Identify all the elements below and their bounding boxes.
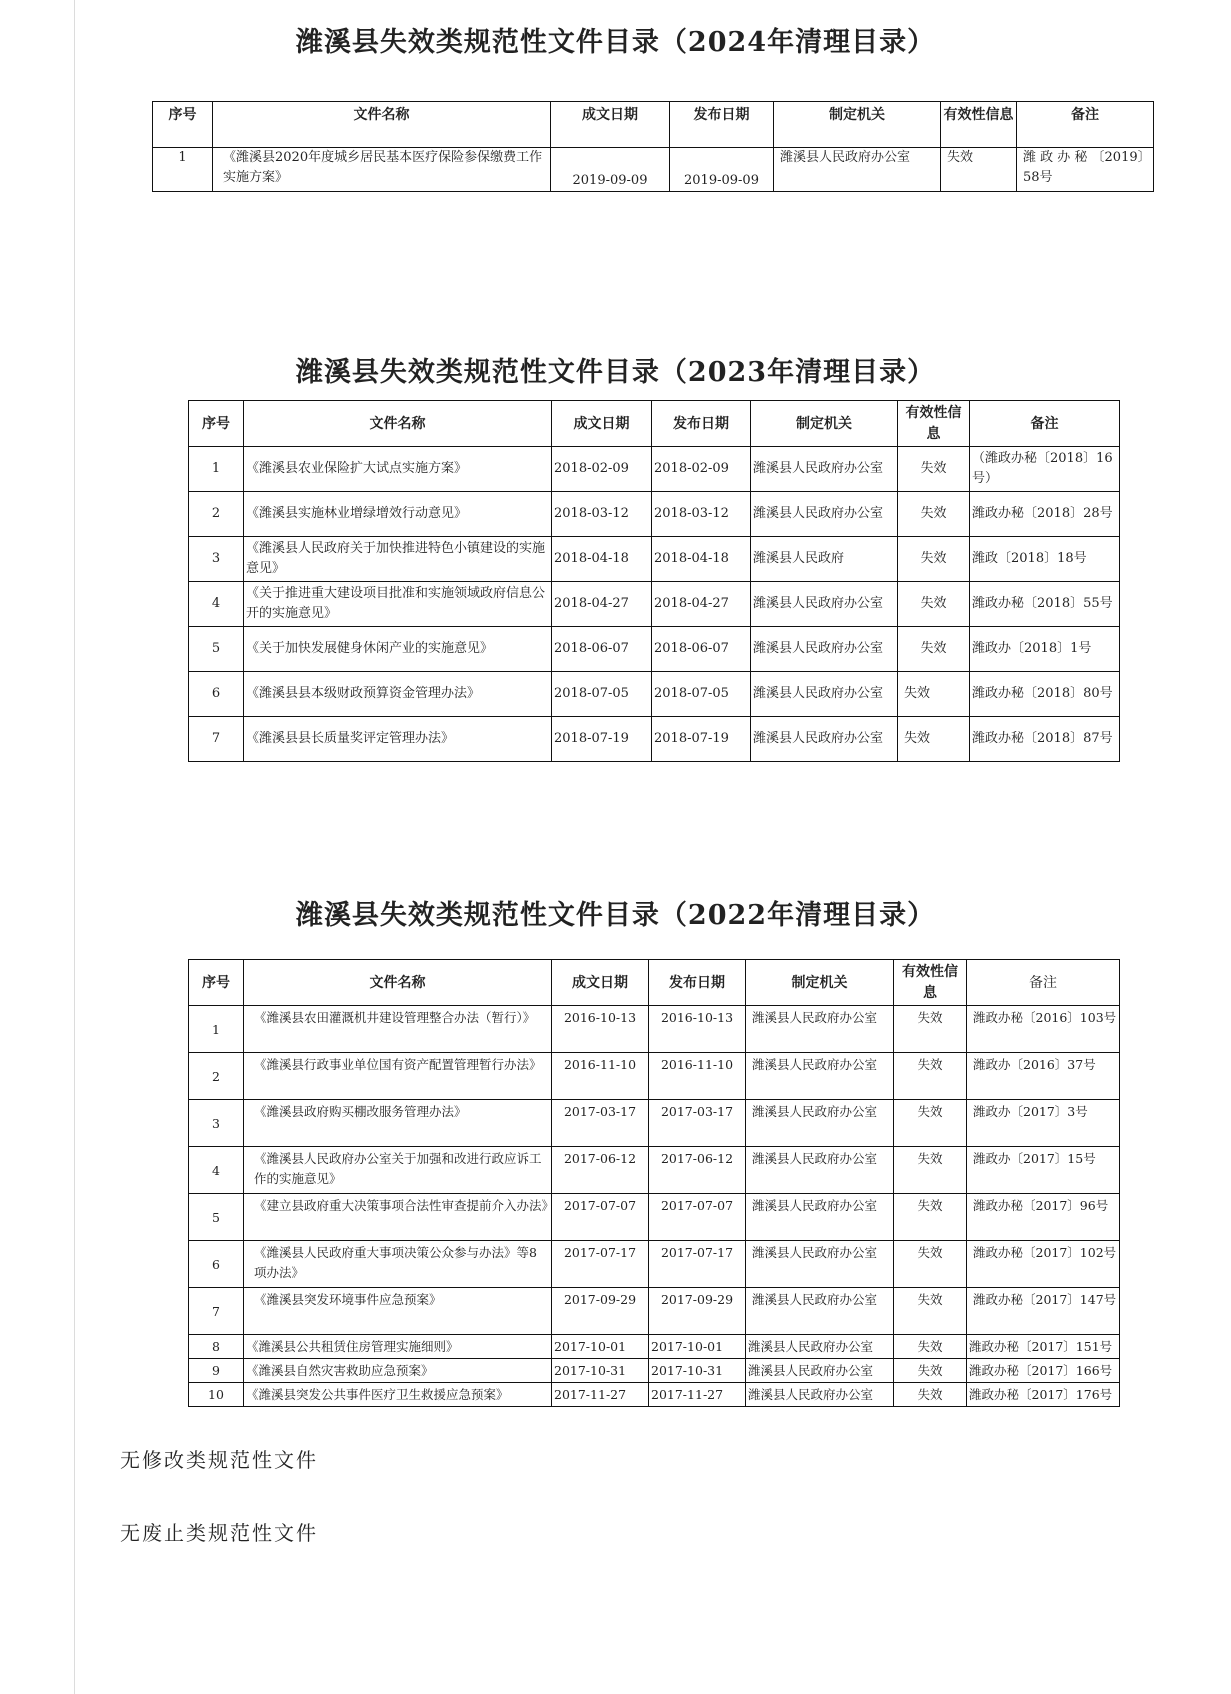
cell-no: 4: [189, 582, 244, 627]
table-row: 9 《潍溪县自然灾害救助应急预案》 2017-10-31 2017-10-31 …: [189, 1359, 1120, 1383]
cell-validity: 失效: [898, 627, 970, 672]
cell-published: 2017-11-27: [649, 1383, 746, 1407]
cell-published: 2017-07-17: [649, 1241, 746, 1288]
cell-drafted: 2018-02-09: [552, 447, 652, 492]
table-row: 5 《建立县政府重大决策事项合法性审查提前介入办法》 2017-07-07 20…: [189, 1194, 1120, 1241]
table-row: 4 《关于推进重大建设项目批准和实施领域政府信息公开的实施意见》 2018-04…: [189, 582, 1120, 627]
cell-no: 6: [189, 672, 244, 717]
col-header-no: 序号: [153, 102, 213, 148]
cell-drafted: 2018-04-27: [552, 582, 652, 627]
cell-no: 2: [189, 492, 244, 537]
cell-remark: 潍政办秘〔2017〕102号: [967, 1241, 1120, 1288]
cell-no: 7: [189, 717, 244, 762]
table-row: 2 《潍溪县实施林业增绿增效行动意见》 2018-03-12 2018-03-1…: [189, 492, 1120, 537]
cell-published: 2018-07-05: [652, 672, 751, 717]
table-row: 4 《潍溪县人民政府办公室关于加强和改进行政应诉工作的实施意见》 2017-06…: [189, 1147, 1120, 1194]
cell-validity: 失效: [941, 148, 1017, 192]
cell-authority: 潍溪县人民政府办公室: [751, 447, 898, 492]
cell-drafted: 2017-11-27: [552, 1383, 649, 1407]
col-header-name: 文件名称: [213, 102, 551, 148]
cell-no: 2: [189, 1053, 244, 1100]
col-header-name: 文件名称: [244, 401, 552, 447]
cell-published: 2018-07-19: [652, 717, 751, 762]
note-no-repealed-documents: 无废止类规范性文件: [120, 1517, 318, 1546]
table-2024: 序号 文件名称 成文日期 发布日期 制定机关 有效性信息 备注 1 《潍溪县20…: [152, 101, 1154, 192]
table-row: 1 《潍溪县农田灌溉机井建设管理整合办法（暂行）》 2016-10-13 201…: [189, 1006, 1120, 1053]
cell-remark: 潍政办秘〔2017〕166号: [967, 1359, 1120, 1383]
col-header-published: 发布日期: [649, 960, 746, 1006]
table-row: 3 《潍溪县政府购买棚改服务管理办法》 2017-03-17 2017-03-1…: [189, 1100, 1120, 1147]
cell-no: 7: [189, 1288, 244, 1335]
cell-validity: 失效: [898, 492, 970, 537]
table-2023: 序号 文件名称 成文日期 发布日期 制定机关 有效性信息 备注 1 《潍溪县农业…: [188, 400, 1120, 762]
cell-drafted: 2018-06-07: [552, 627, 652, 672]
cell-name: 《建立县政府重大决策事项合法性审查提前介入办法》: [244, 1194, 552, 1241]
cell-no: 1: [153, 148, 213, 192]
table-header-row: 序号 文件名称 成文日期 发布日期 制定机关 有效性信息 备注: [189, 960, 1120, 1006]
cell-name: 《潍溪县农业保险扩大试点实施方案》: [244, 447, 552, 492]
cell-drafted: 2018-03-12: [552, 492, 652, 537]
table-row: 1 《潍溪县农业保险扩大试点实施方案》 2018-02-09 2018-02-0…: [189, 447, 1120, 492]
cell-authority: 潍溪县人民政府办公室: [746, 1359, 894, 1383]
cell-validity: 失效: [894, 1194, 967, 1241]
cell-validity: 失效: [898, 582, 970, 627]
col-header-remark: 备注: [967, 960, 1120, 1006]
cell-no: 1: [189, 447, 244, 492]
cell-published: 2018-02-09: [652, 447, 751, 492]
cell-remark: 潍政办秘〔2017〕96号: [967, 1194, 1120, 1241]
cell-name: 《潍溪县县长质量奖评定管理办法》: [244, 717, 552, 762]
cell-published: 2017-10-31: [649, 1359, 746, 1383]
table-row: 7 《潍溪县县长质量奖评定管理办法》 2018-07-19 2018-07-19…: [189, 717, 1120, 762]
cell-published: 2019-09-09: [670, 148, 774, 192]
cell-name: 《潍溪县突发环境事件应急预案》: [244, 1288, 552, 1335]
cell-remark: 潍政办秘〔2017〕176号: [967, 1383, 1120, 1407]
cell-validity: 失效: [894, 1241, 967, 1288]
col-header-published: 发布日期: [670, 102, 774, 148]
cell-validity: 失效: [894, 1006, 967, 1053]
cell-drafted: 2017-03-17: [552, 1100, 649, 1147]
cell-name: 《潍溪县农田灌溉机井建设管理整合办法（暂行）》: [244, 1006, 552, 1053]
cell-authority: 潍溪县人民政府办公室: [751, 717, 898, 762]
cell-published: 2018-06-07: [652, 627, 751, 672]
cell-remark: 潍政办〔2016〕37号: [967, 1053, 1120, 1100]
cell-name: 《潍溪县行政事业单位国有资产配置管理暂行办法》: [244, 1053, 552, 1100]
cell-authority: 潍溪县人民政府办公室: [751, 492, 898, 537]
table-header-row: 序号 文件名称 成文日期 发布日期 制定机关 有效性信息 备注: [189, 401, 1120, 447]
cell-authority: 潍溪县人民政府: [751, 537, 898, 582]
cell-name: 《潍溪县公共租赁住房管理实施细则》: [244, 1335, 552, 1359]
cell-validity: 失效: [894, 1147, 967, 1194]
cell-drafted: 2017-10-31: [552, 1359, 649, 1383]
cell-validity: 失效: [894, 1288, 967, 1335]
cell-no: 5: [189, 627, 244, 672]
cell-validity: 失效: [894, 1359, 967, 1383]
cell-published: 2016-10-13: [649, 1006, 746, 1053]
table-row: 5 《关于加快发展健身休闲产业的实施意见》 2018-06-07 2018-06…: [189, 627, 1120, 672]
col-header-authority: 制定机关: [751, 401, 898, 447]
cell-remark: （潍政办秘〔2018〕16号）: [970, 447, 1120, 492]
cell-name: 《潍溪县实施林业增绿增效行动意见》: [244, 492, 552, 537]
cell-validity: 失效: [898, 447, 970, 492]
cell-published: 2017-06-12: [649, 1147, 746, 1194]
cell-remark: 潍政办秘〔2018〕55号: [970, 582, 1120, 627]
cell-drafted: 2017-07-07: [552, 1194, 649, 1241]
cell-drafted: 2016-11-10: [552, 1053, 649, 1100]
table-row: 3 《潍溪县人民政府关于加快推进特色小镇建设的实施意见》 2018-04-18 …: [189, 537, 1120, 582]
cell-no: 8: [189, 1335, 244, 1359]
table-header-row: 序号 文件名称 成文日期 发布日期 制定机关 有效性信息 备注: [153, 102, 1154, 148]
cell-authority: 潍溪县人民政府办公室: [746, 1241, 894, 1288]
col-header-no: 序号: [189, 401, 244, 447]
cell-name: 《潍溪县2020年度城乡居民基本医疗保险参保缴费工作实施方案》: [213, 148, 551, 192]
cell-drafted: 2018-07-05: [552, 672, 652, 717]
cell-name: 《潍溪县自然灾害救助应急预案》: [244, 1359, 552, 1383]
col-header-name: 文件名称: [244, 960, 552, 1006]
cell-authority: 潍溪县人民政府办公室: [746, 1335, 894, 1359]
page-margin-line: [74, 0, 75, 1694]
cell-drafted: 2017-07-17: [552, 1241, 649, 1288]
cell-drafted: 2016-10-13: [552, 1006, 649, 1053]
cell-no: 4: [189, 1147, 244, 1194]
cell-remark: 潍政办秘〔2018〕80号: [970, 672, 1120, 717]
cell-authority: 潍溪县人民政府办公室: [746, 1288, 894, 1335]
cell-remark: 潍政办〔2018〕1号: [970, 627, 1120, 672]
cell-authority: 潍溪县人民政府办公室: [746, 1383, 894, 1407]
cell-published: 2018-04-27: [652, 582, 751, 627]
col-header-drafted: 成文日期: [551, 102, 670, 148]
note-no-amended-documents: 无修改类规范性文件: [120, 1444, 318, 1473]
cell-authority: 潍溪县人民政府办公室: [746, 1006, 894, 1053]
cell-published: 2017-09-29: [649, 1288, 746, 1335]
col-header-drafted: 成文日期: [552, 401, 652, 447]
cell-validity: 失效: [898, 717, 970, 762]
cell-remark: 潍政办秘〔2017〕147号: [967, 1288, 1120, 1335]
cell-remark: 潍政办秘〔2016〕103号: [967, 1006, 1120, 1053]
cell-name: 《潍溪县政府购买棚改服务管理办法》: [244, 1100, 552, 1147]
cell-name: 《潍溪县人民政府办公室关于加强和改进行政应诉工作的实施意见》: [244, 1147, 552, 1194]
cell-remark: 潍 政 办 秘 〔2019〕58号: [1017, 148, 1154, 192]
cell-authority: 潍溪县人民政府办公室: [746, 1100, 894, 1147]
cell-remark: 潍政办秘〔2017〕151号: [967, 1335, 1120, 1359]
col-header-drafted: 成文日期: [552, 960, 649, 1006]
cell-validity: 失效: [894, 1383, 967, 1407]
cell-authority: 潍溪县人民政府办公室: [751, 582, 898, 627]
col-header-authority: 制定机关: [746, 960, 894, 1006]
cell-authority: 潍溪县人民政府办公室: [746, 1147, 894, 1194]
cell-name: 《潍溪县突发公共事件医疗卫生救援应急预案》: [244, 1383, 552, 1407]
cell-validity: 失效: [894, 1053, 967, 1100]
table-row: 8 《潍溪县公共租赁住房管理实施细则》 2017-10-01 2017-10-0…: [189, 1335, 1120, 1359]
cell-validity: 失效: [894, 1100, 967, 1147]
cell-no: 5: [189, 1194, 244, 1241]
cell-no: 6: [189, 1241, 244, 1288]
cell-drafted: 2018-04-18: [552, 537, 652, 582]
table-row: 2 《潍溪县行政事业单位国有资产配置管理暂行办法》 2016-11-10 201…: [189, 1053, 1120, 1100]
table-row: 6 《潍溪县县本级财政预算资金管理办法》 2018-07-05 2018-07-…: [189, 672, 1120, 717]
cell-remark: 潍政办〔2017〕15号: [967, 1147, 1120, 1194]
cell-name: 《潍溪县人民政府重大事项决策公众参与办法》等8项办法》: [244, 1241, 552, 1288]
cell-name: 《关于加快发展健身休闲产业的实施意见》: [244, 627, 552, 672]
cell-remark: 潍政办秘〔2018〕28号: [970, 492, 1120, 537]
cell-drafted: 2019-09-09: [551, 148, 670, 192]
table-row: 1 《潍溪县2020年度城乡居民基本医疗保险参保缴费工作实施方案》 2019-0…: [153, 148, 1154, 192]
col-header-no: 序号: [189, 960, 244, 1006]
col-header-validity: 有效性信息: [941, 102, 1017, 148]
cell-no: 9: [189, 1359, 244, 1383]
table-row: 6 《潍溪县人民政府重大事项决策公众参与办法》等8项办法》 2017-07-17…: [189, 1241, 1120, 1288]
cell-validity: 失效: [898, 672, 970, 717]
table-2022: 序号 文件名称 成文日期 发布日期 制定机关 有效性信息 备注 1 《潍溪县农田…: [188, 959, 1120, 1407]
table-row: 7 《潍溪县突发环境事件应急预案》 2017-09-29 2017-09-29 …: [189, 1288, 1120, 1335]
cell-drafted: 2018-07-19: [552, 717, 652, 762]
cell-authority: 潍溪县人民政府办公室: [746, 1194, 894, 1241]
cell-published: 2017-10-01: [649, 1335, 746, 1359]
cell-published: 2016-11-10: [649, 1053, 746, 1100]
cell-authority: 潍溪县人民政府办公室: [751, 627, 898, 672]
cell-validity: 失效: [898, 537, 970, 582]
cell-authority: 潍溪县人民政府办公室: [746, 1053, 894, 1100]
cell-no: 3: [189, 537, 244, 582]
cell-name: 《关于推进重大建设项目批准和实施领域政府信息公开的实施意见》: [244, 582, 552, 627]
col-header-published: 发布日期: [652, 401, 751, 447]
cell-authority: 潍溪县人民政府办公室: [751, 672, 898, 717]
cell-remark: 潍政〔2018〕18号: [970, 537, 1120, 582]
cell-published: 2018-03-12: [652, 492, 751, 537]
cell-no: 1: [189, 1006, 244, 1053]
section-title-2022: 潍溪县失效类规范性文件目录（2022年清理目录）: [0, 893, 1231, 932]
cell-name: 《潍溪县县本级财政预算资金管理办法》: [244, 672, 552, 717]
col-header-remark: 备注: [1017, 102, 1154, 148]
cell-remark: 潍政办秘〔2018〕87号: [970, 717, 1120, 762]
cell-published: 2017-03-17: [649, 1100, 746, 1147]
col-header-validity: 有效性信息: [898, 401, 970, 447]
cell-no: 3: [189, 1100, 244, 1147]
section-title-2024: 潍溪县失效类规范性文件目录（2024年清理目录）: [0, 20, 1231, 59]
col-header-remark: 备注: [970, 401, 1120, 447]
col-header-validity: 有效性信息: [894, 960, 967, 1006]
cell-drafted: 2017-06-12: [552, 1147, 649, 1194]
cell-authority: 潍溪县人民政府办公室: [774, 148, 941, 192]
section-title-2023: 潍溪县失效类规范性文件目录（2023年清理目录）: [0, 350, 1231, 389]
cell-published: 2017-07-07: [649, 1194, 746, 1241]
col-header-authority: 制定机关: [774, 102, 941, 148]
cell-published: 2018-04-18: [652, 537, 751, 582]
cell-no: 10: [189, 1383, 244, 1407]
cell-name: 《潍溪县人民政府关于加快推进特色小镇建设的实施意见》: [244, 537, 552, 582]
cell-validity: 失效: [894, 1335, 967, 1359]
cell-drafted: 2017-09-29: [552, 1288, 649, 1335]
cell-remark: 潍政办〔2017〕3号: [967, 1100, 1120, 1147]
table-row: 10 《潍溪县突发公共事件医疗卫生救援应急预案》 2017-11-27 2017…: [189, 1383, 1120, 1407]
cell-drafted: 2017-10-01: [552, 1335, 649, 1359]
